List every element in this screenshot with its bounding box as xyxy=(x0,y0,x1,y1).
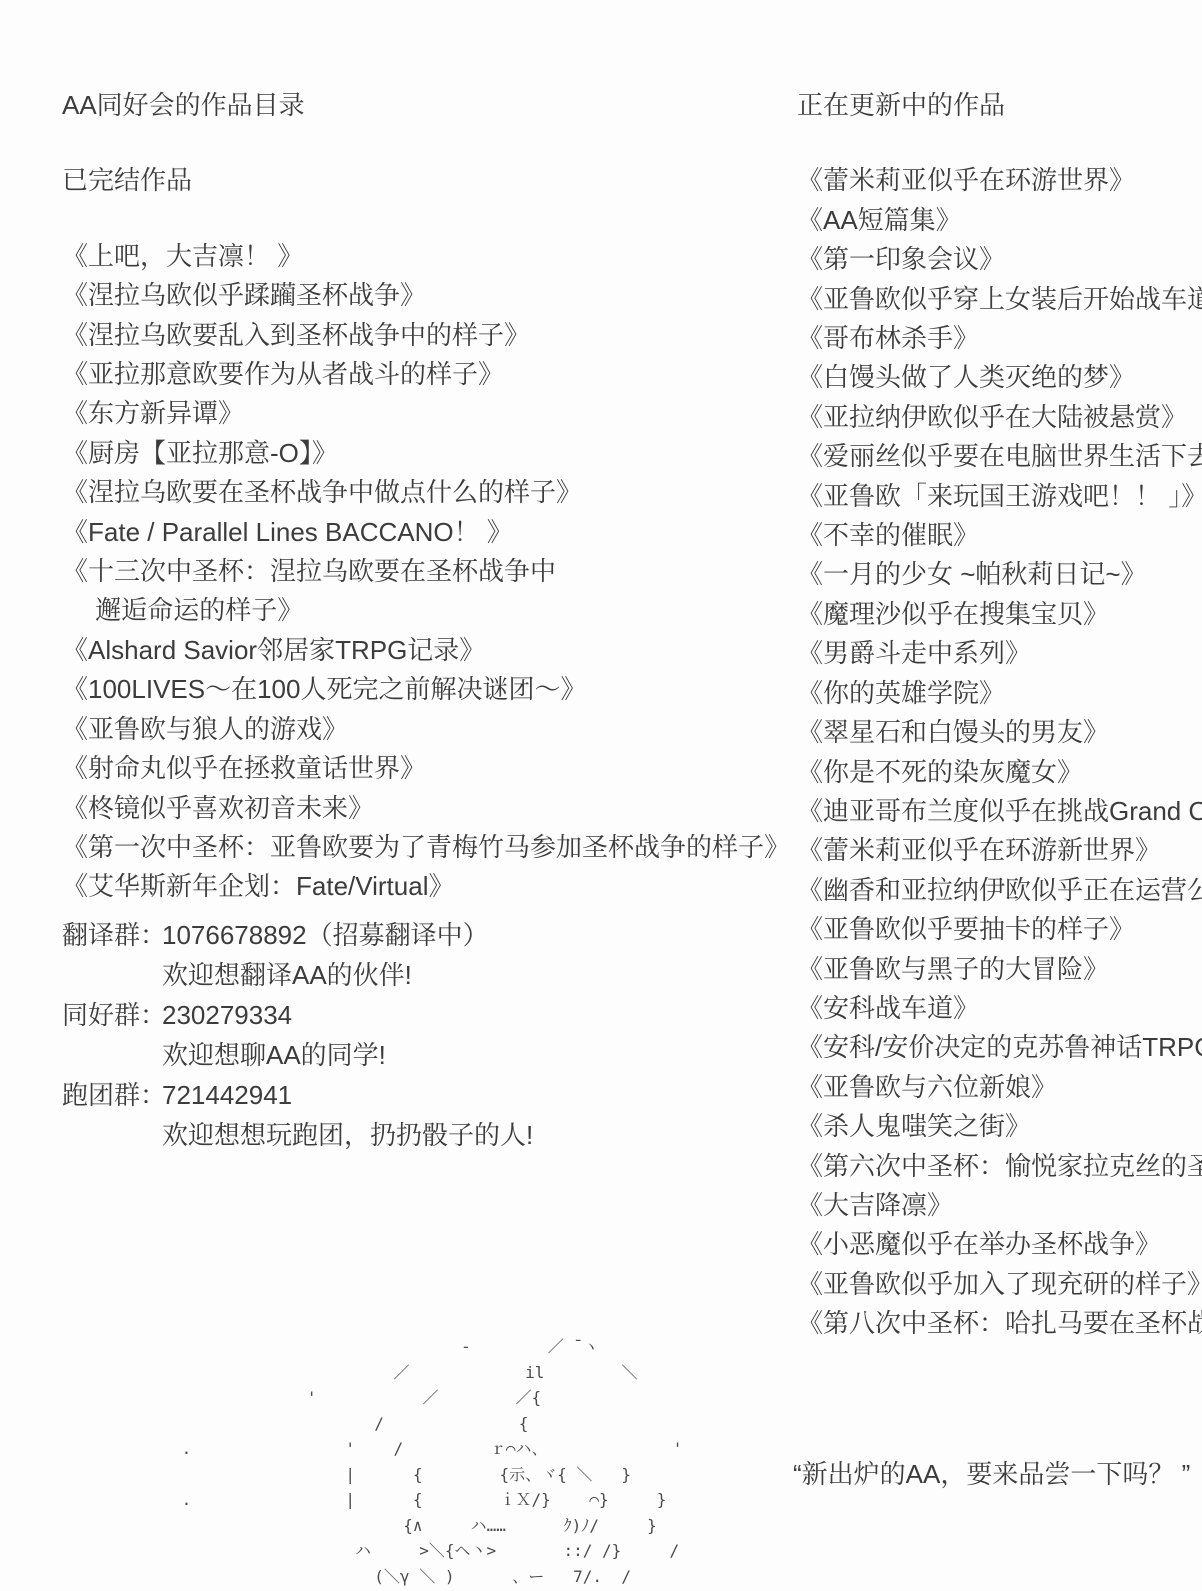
group-label: 跑团群： xyxy=(62,1075,162,1115)
work-title: 《亚鲁欧似乎穿上女装后开始战车道 xyxy=(797,280,1202,319)
work-title: 《大吉降凛》 xyxy=(797,1186,1202,1225)
group-note: 欢迎想聊AA的同学! xyxy=(162,1035,386,1075)
work-title: 《不幸的催眠》 xyxy=(797,516,1202,555)
group-row: 同好群：230279334 xyxy=(62,995,682,1035)
group-note: 欢迎想想玩跑团，扔扔骰子的人! xyxy=(162,1115,533,1155)
work-title: 《一月的少女 ~帕秋莉日记~》 xyxy=(797,555,1202,594)
group-row: 欢迎想翻译AA的伙伴! xyxy=(62,955,682,995)
work-title: 《小恶魔似乎在举办圣杯战争》 xyxy=(797,1225,1202,1264)
updating-works-column: 正在更新中的作品 《蕾米莉亚似乎在环游世界》《AA短篇集》《第一印象会议》《亚鲁… xyxy=(797,50,1202,1380)
group-label: 翻译群： xyxy=(62,915,162,955)
work-title: 《亚鲁欧与黑子的大冒险》 xyxy=(797,950,1202,989)
work-title: 邂逅命运的样子》 xyxy=(62,591,822,630)
work-title: 《爱丽丝似乎要在电脑世界生活下去 xyxy=(797,437,1202,476)
work-title: 《厨房【亚拉那意-O】》 xyxy=(62,434,822,473)
work-title: 《蕾米莉亚似乎在环游新世界》 xyxy=(797,831,1202,870)
work-title: 《100LIVES～在100人死完之前解决谜团～》 xyxy=(62,670,822,709)
work-title: 《迪亚哥布兰度似乎在挑战Grand O xyxy=(797,792,1202,831)
work-title: 《亚拉那意欧要作为从者战斗的样子》 xyxy=(62,355,822,394)
work-title: 《涅拉乌欧要在圣杯战争中做点什么的样子》 xyxy=(62,473,822,512)
right-column-title: 正在更新中的作品 xyxy=(797,86,1202,125)
work-title: 《你是不死的染灰魔女》 xyxy=(797,753,1202,792)
quote-text: “新出炉的AA，要来品尝一下吗？ ” xyxy=(793,1455,1190,1494)
group-number: 721442941 xyxy=(162,1075,292,1115)
work-title: 《Fate / Parallel Lines BACCANO！ 》 xyxy=(62,513,822,552)
work-title: 《安科战车道》 xyxy=(797,989,1202,1028)
work-title: 《第一印象会议》 xyxy=(797,240,1202,279)
work-title: 《第一次中圣杯：亚鲁欧要为了青梅竹马参加圣杯战争的样子》 xyxy=(62,828,822,867)
work-title: 《第八次中圣杯：哈扎马要在圣杯战 xyxy=(797,1304,1202,1343)
work-title: 《男爵斗走中系列》 xyxy=(797,634,1202,673)
work-title: 《哥布林杀手》 xyxy=(797,319,1202,358)
work-title: 《你的英雄学院》 xyxy=(797,674,1202,713)
updating-works-list: 《蕾米莉亚似乎在环游世界》《AA短篇集》《第一印象会议》《亚鲁欧似乎穿上女装后开… xyxy=(797,161,1202,1343)
work-title: 《亚鲁欧与狼人的游戏》 xyxy=(62,710,822,749)
group-number: 1076678892（招募翻译中） xyxy=(162,915,489,955)
work-title: 《涅拉乌欧要乱入到圣杯战争中的样子》 xyxy=(62,316,822,355)
work-title: 《翠星石和白馒头的男友》 xyxy=(797,713,1202,752)
completed-works-column: AA同好会的作品目录 已完结作品 《上吧，大吉凛！ 》《涅拉乌欧似乎蹂躏圣杯战争… xyxy=(62,50,822,943)
work-title: 《幽香和亚拉纳伊欧似乎正在运营公 xyxy=(797,871,1202,910)
group-label-spacer xyxy=(62,1115,162,1155)
group-row: 欢迎想聊AA的同学! xyxy=(62,1035,682,1075)
work-title: 《十三次中圣杯：涅拉乌欧要在圣杯战争中 xyxy=(62,552,822,591)
work-title: 《亚鲁欧似乎加入了现充研的样子》 xyxy=(797,1265,1202,1304)
work-title: 《亚鲁欧「来玩国王游戏吧！！ 」》 xyxy=(797,477,1202,516)
work-title: 《AA短篇集》 xyxy=(797,201,1202,240)
work-title: 《亚拉纳伊欧似乎在大陆被悬赏》 xyxy=(797,398,1202,437)
completed-works-list: 《上吧，大吉凛！ 》《涅拉乌欧似乎蹂躏圣杯战争》《涅拉乌欧要乱入到圣杯战争中的样… xyxy=(62,237,822,907)
work-title: 《白馒头做了人类灭绝的梦》 xyxy=(797,358,1202,397)
work-title: 《杀人鬼嗤笑之街》 xyxy=(797,1107,1202,1146)
work-title: 《亚鲁欧似乎要抽卡的样子》 xyxy=(797,910,1202,949)
left-column-subtitle: 已完结作品 xyxy=(62,161,822,200)
work-title: 《柊镜似乎喜欢初音未来》 xyxy=(62,789,822,828)
ascii-art: ‐ ／ ̄ ヽ ／ il ＼ ' ／ ／{ / { . ' / ｒ⌒ハ、 ' xyxy=(172,1334,682,1589)
work-title: 《亚鲁欧与六位新娘》 xyxy=(797,1068,1202,1107)
group-row: 欢迎想想玩跑团，扔扔骰子的人! xyxy=(62,1115,682,1155)
work-title: 《蕾米莉亚似乎在环游世界》 xyxy=(797,161,1202,200)
work-title: 《第六次中圣杯：愉悦家拉克丝的圣 xyxy=(797,1147,1202,1186)
group-label-spacer xyxy=(62,955,162,995)
group-label-spacer xyxy=(62,1035,162,1075)
group-row: 翻译群：1076678892（招募翻译中） xyxy=(62,915,682,955)
work-title: 《涅拉乌欧似乎蹂躏圣杯战争》 xyxy=(62,276,822,315)
work-title: 《射命丸似乎在拯救童话世界》 xyxy=(62,749,822,788)
work-title: 《上吧，大吉凛！ 》 xyxy=(62,237,822,276)
work-title: 《Alshard Savior邻居家TRPG记录》 xyxy=(62,631,822,670)
contact-groups: 翻译群：1076678892（招募翻译中） 欢迎想翻译AA的伙伴! 同好群：23… xyxy=(62,915,682,1155)
work-title: 《艾华斯新年企划：Fate/Virtual》 xyxy=(62,867,822,906)
group-row: 跑团群：721442941 xyxy=(62,1075,682,1115)
group-note: 欢迎想翻译AA的伙伴! xyxy=(162,955,412,995)
work-title: 《安科/安价决定的克苏鲁神话TRPG xyxy=(797,1028,1202,1067)
group-number: 230279334 xyxy=(162,995,292,1035)
left-column-title: AA同好会的作品目录 xyxy=(62,86,822,125)
work-title: 《东方新异谭》 xyxy=(62,394,822,433)
work-title: 《魔理沙似乎在搜集宝贝》 xyxy=(797,595,1202,634)
group-label: 同好群： xyxy=(62,995,162,1035)
